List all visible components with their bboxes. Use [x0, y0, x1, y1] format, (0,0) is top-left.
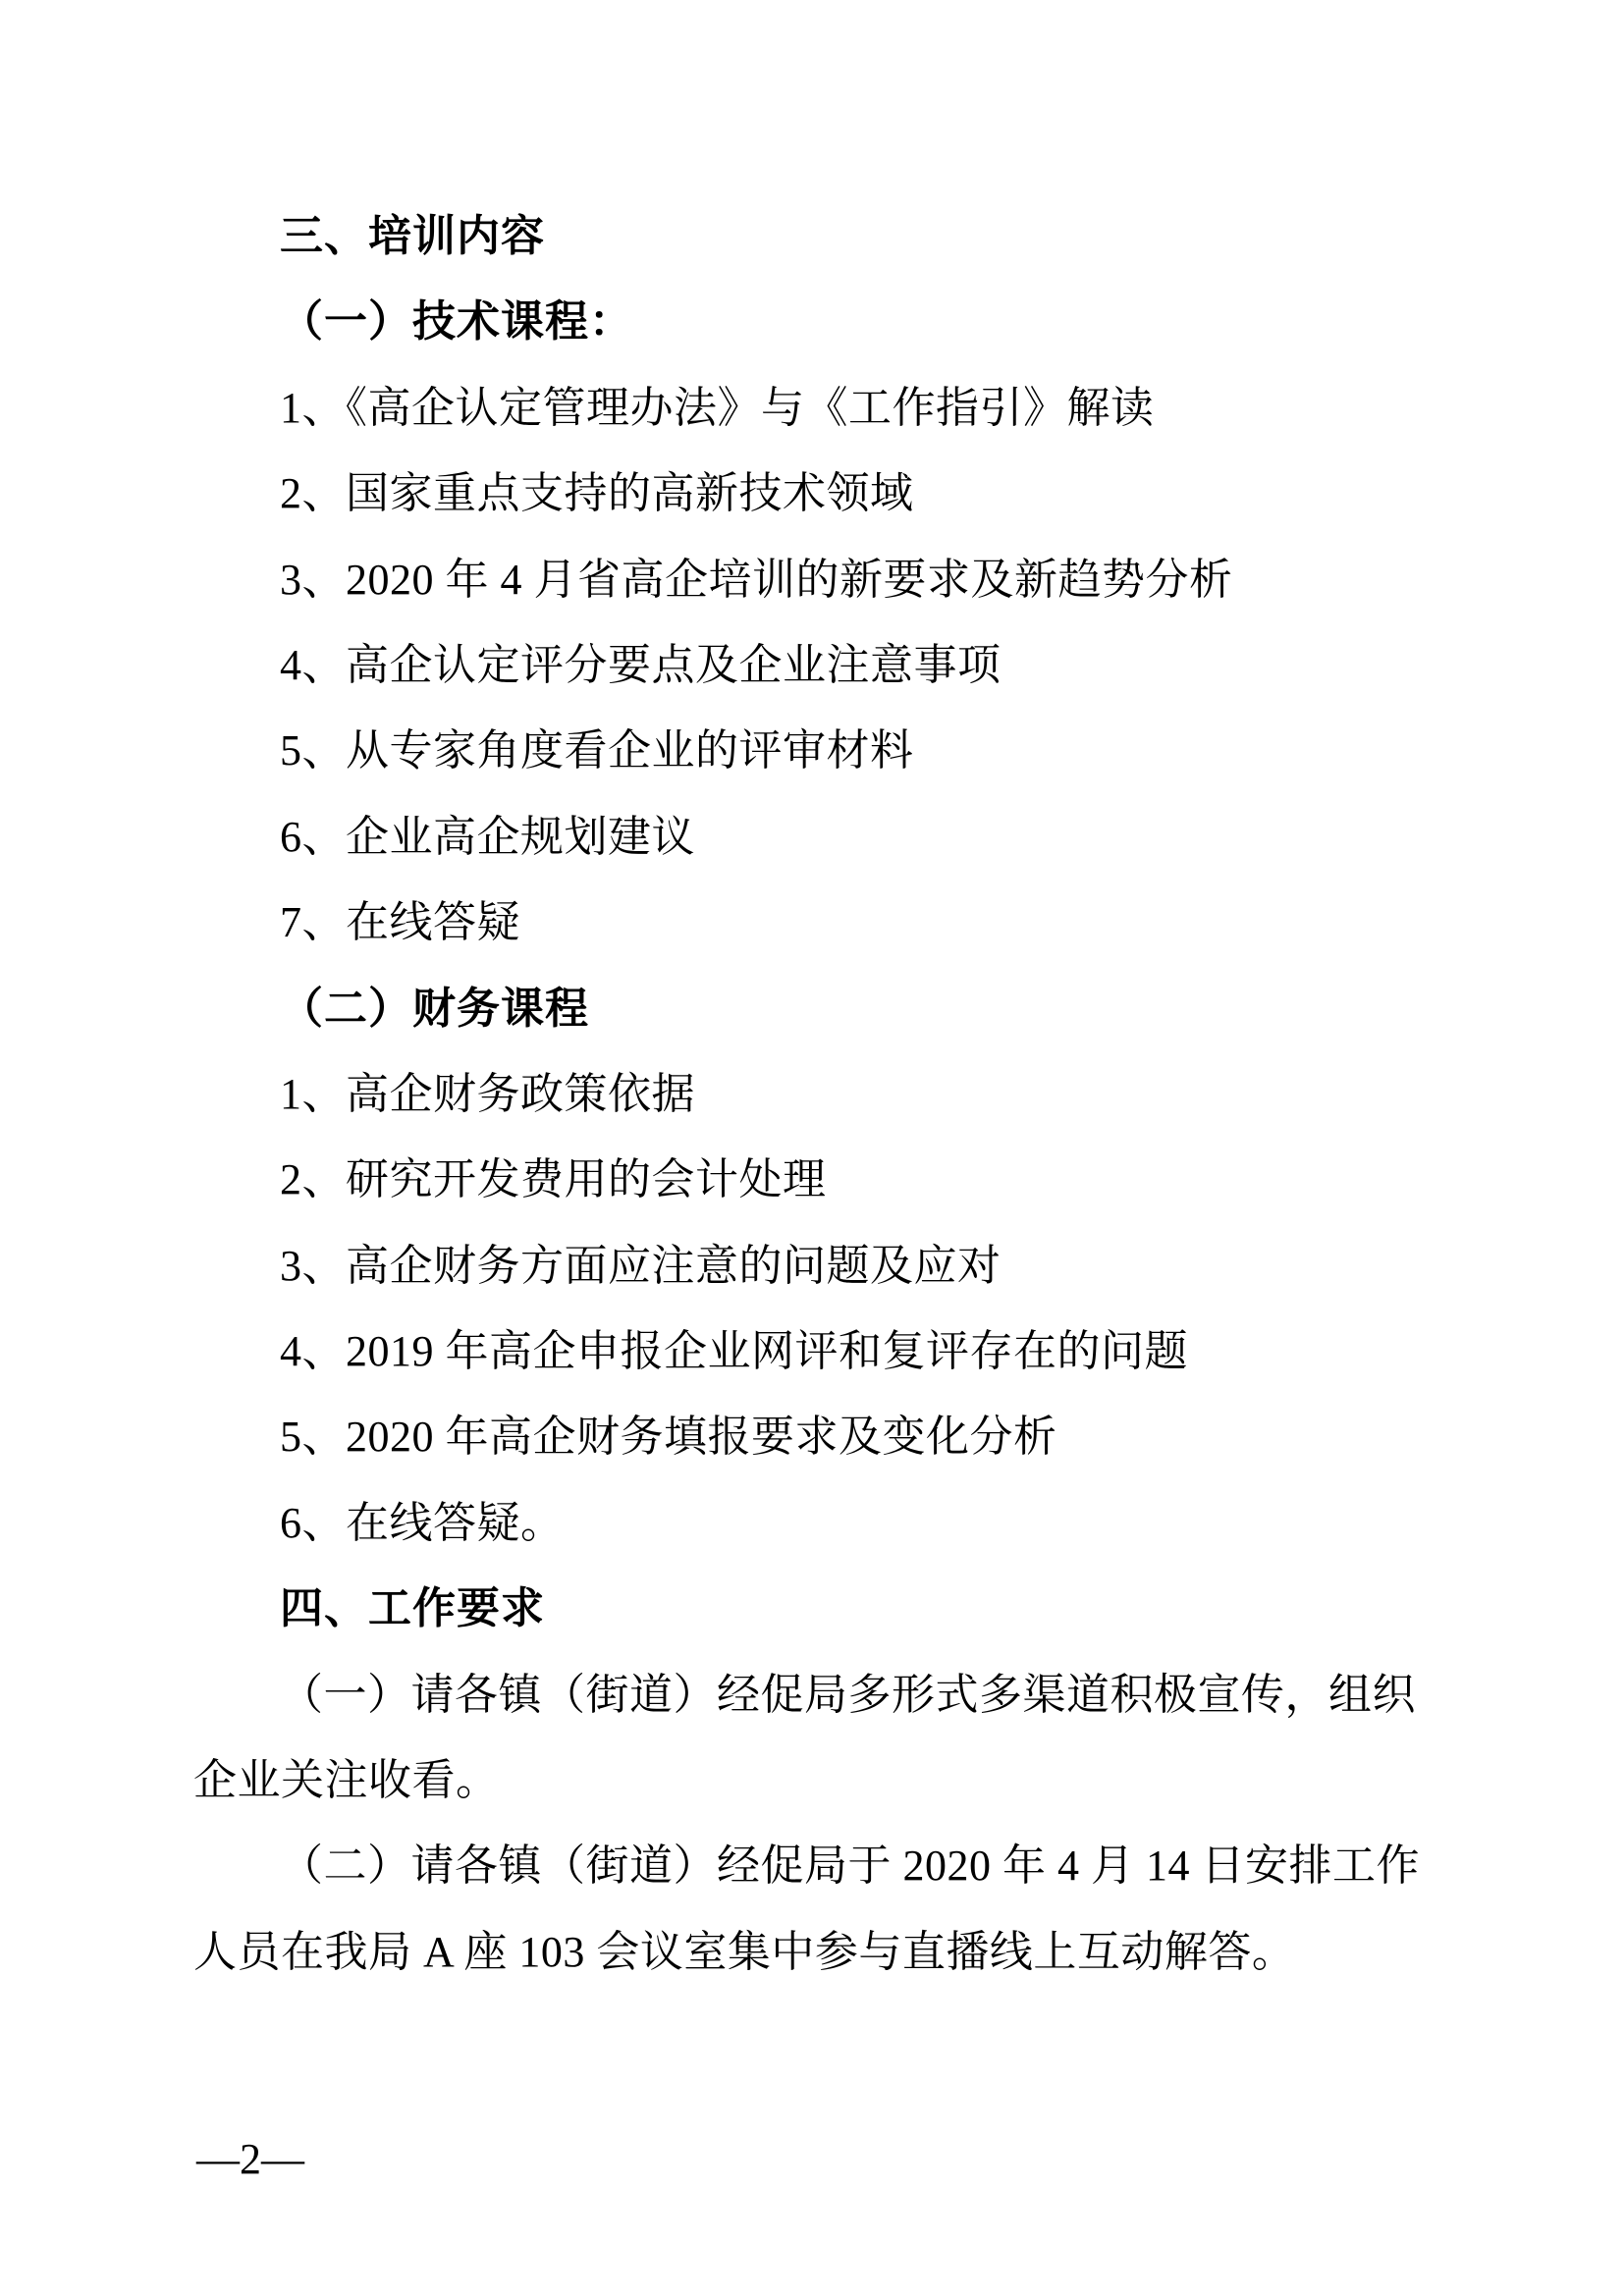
finance-course-heading: （二）财务课程 — [193, 966, 1431, 1051]
page-number: —2— — [196, 2136, 304, 2183]
tech-course-item-6: 6、企业高企规划建议 — [193, 794, 1431, 880]
tech-course-item-7: 7、在线答疑 — [193, 880, 1431, 965]
requirement-2-line-1: （二）请各镇（街道）经促局于 2020 年 4 月 14 日安排工作 — [193, 1823, 1431, 1908]
requirement-1-line-2: 企业关注收看。 — [193, 1737, 1431, 1823]
finance-course-item-3: 3、高企财务方面应注意的问题及应对 — [193, 1223, 1431, 1308]
finance-course-item-2: 2、研究开发费用的会计处理 — [193, 1137, 1431, 1222]
tech-course-heading: （一）技术课程： — [193, 279, 1431, 364]
tech-course-item-3: 3、2020 年 4 月省高企培训的新要求及新趋势分析 — [193, 537, 1431, 622]
document-body: 三、培训内容 （一）技术课程： 1、《高企认定管理办法》与《工作指引》解读 2、… — [193, 193, 1431, 1995]
tech-course-item-1: 1、《高企认定管理办法》与《工作指引》解读 — [193, 365, 1431, 451]
finance-course-item-6: 6、在线答疑。 — [193, 1480, 1431, 1566]
finance-course-item-5: 5、2020 年高企财务填报要求及变化分析 — [193, 1394, 1431, 1479]
finance-course-item-4: 4、2019 年高企申报企业网评和复评存在的问题 — [193, 1308, 1431, 1394]
requirement-2-line-2: 人员在我局 A 座 103 会议室集中参与直播线上互动解答。 — [193, 1909, 1431, 1995]
tech-course-item-2: 2、国家重点支持的高新技术领域 — [193, 451, 1431, 536]
section-3-heading: 三、培训内容 — [193, 193, 1431, 279]
finance-course-item-1: 1、高企财务政策依据 — [193, 1051, 1431, 1137]
tech-course-item-4: 4、高企认定评分要点及企业注意事项 — [193, 622, 1431, 708]
tech-course-item-5: 5、从专家角度看企业的评审材料 — [193, 708, 1431, 793]
section-4-heading: 四、工作要求 — [193, 1566, 1431, 1651]
requirement-1-line-1: （一）请各镇（街道）经促局多形式多渠道积极宣传，组织 — [193, 1652, 1431, 1737]
